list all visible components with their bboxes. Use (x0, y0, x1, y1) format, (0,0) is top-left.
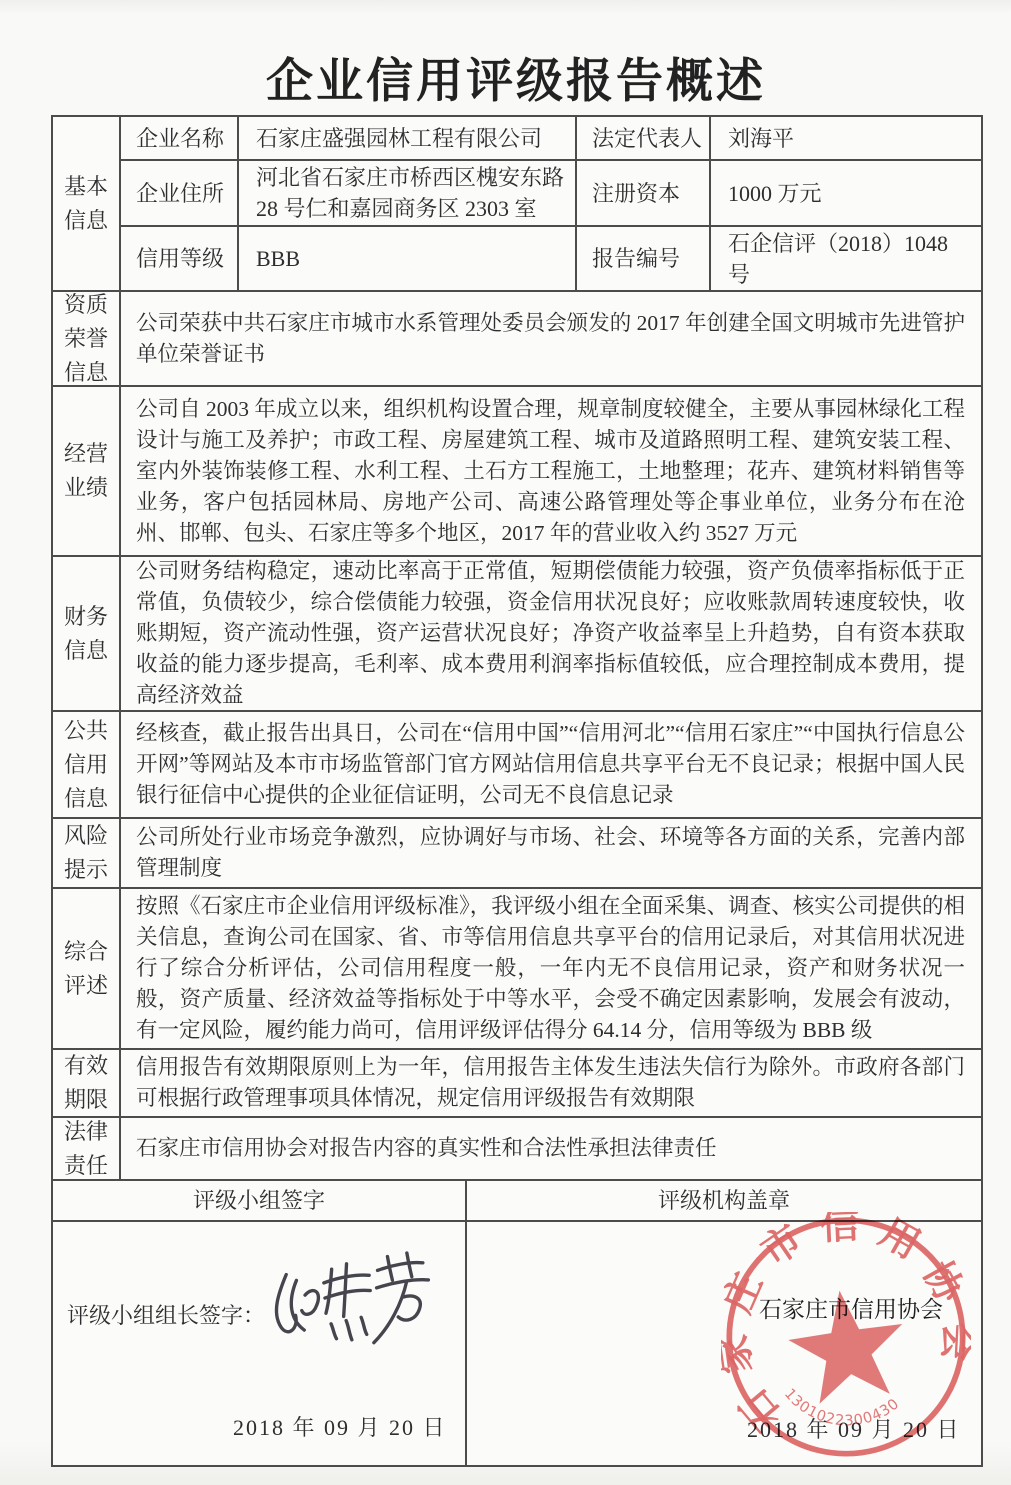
row-label-basic-info: 基本信息 (53, 117, 121, 292)
row-label-comprehensive-review: 综合评述 (53, 889, 121, 1050)
handwritten-signature (258, 1250, 443, 1360)
field-legal-representative-label: 法定代表人 (577, 117, 711, 161)
section-validity-period: 信用报告有效期限原则上为一年，信用报告主体发生违法失信行为除外。市政府各部门可根… (121, 1050, 983, 1118)
row-label-financial-info: 财务信息 (53, 557, 121, 712)
field-report-number-label: 报告编号 (577, 227, 711, 292)
section-business-performance: 公司自 2003 年成立以来，组织机构设置合理，规章制度较健全，主要从事园林绿化… (121, 387, 983, 557)
section-qualification-honors: 公司荣获中共石家庄市城市水系管理处委员会颁发的 2017 年创建全国文明城市先进… (121, 292, 983, 387)
row-label-business-performance: 经营业绩 (53, 387, 121, 557)
value-registered-capital: 1000 万元 (711, 161, 983, 227)
sign-header-team: 评级小组签字 (53, 1181, 467, 1222)
scanned-credit-report-page: { "title": "企业信用评级报告概述", "basic": { "lab… (0, 0, 1011, 1485)
page-title: 企业信用评级报告概述 (51, 44, 981, 106)
row-label-validity-period: 有效期限 (53, 1050, 121, 1118)
field-company-address-label: 企业住所 (121, 161, 239, 227)
agency-seal-icon: 石家庄市信用协会 1301022300430 (721, 1212, 971, 1462)
team-signature-cell: 评级小组组长签字： 2018 年 09 月 20 日 (53, 1222, 467, 1467)
row-label-public-credit-info: 公共信用信息 (53, 712, 121, 819)
value-company-address: 河北省石家庄市桥西区槐安东路 28 号仁和嘉园商务区 2303 室 (239, 161, 577, 227)
row-label-legal-liability: 法律责任 (53, 1118, 121, 1181)
field-registered-capital-label: 注册资本 (577, 161, 711, 227)
section-financial-info: 公司财务结构稳定，速动比率高于正常值，短期偿债能力较强，资产负债率指标低于正常值… (121, 557, 983, 712)
seal-star (783, 1283, 912, 1407)
agency-stamp-cell: 石家庄市信用协会 2018 年 09 月 20 日 石家庄市信用协会 13010… (467, 1222, 983, 1467)
team-sign-date: 2018 年 09 月 20 日 (233, 1412, 447, 1443)
team-leader-signature-label: 评级小组组长签字： (67, 1300, 265, 1331)
value-company-name: 石家庄盛强园林工程有限公司 (239, 117, 577, 161)
value-legal-representative: 刘海平 (711, 117, 983, 161)
section-public-credit-info: 经核查，截止报告出具日，公司在“信用中国”“信用河北”“信用石家庄”“中国执行信… (121, 712, 983, 819)
report-table: 基本信息 企业名称 石家庄盛强园林工程有限公司 法定代表人 刘海平 企业住所 河… (51, 115, 983, 1467)
value-credit-grade: BBB (239, 227, 577, 292)
field-company-name-label: 企业名称 (121, 117, 239, 161)
section-legal-liability: 石家庄市信用协会对报告内容的真实性和合法性承担法律责任 (121, 1118, 983, 1181)
field-credit-grade-label: 信用等级 (121, 227, 239, 292)
row-label-qualification-honors: 资质荣誉信息 (53, 292, 121, 387)
section-risk-warning: 公司所处行业市场竞争激烈，应协调好与市场、社会、环境等各方面的关系，完善内部管理… (121, 819, 983, 889)
row-label-risk-warning: 风险提示 (53, 819, 121, 889)
value-report-number: 石企信评（2018）1048 号 (711, 227, 983, 292)
section-comprehensive-review: 按照《石家庄市企业信用评级标准》，我评级小组在全面采集、调查、核实公司提供的相关… (121, 889, 983, 1050)
